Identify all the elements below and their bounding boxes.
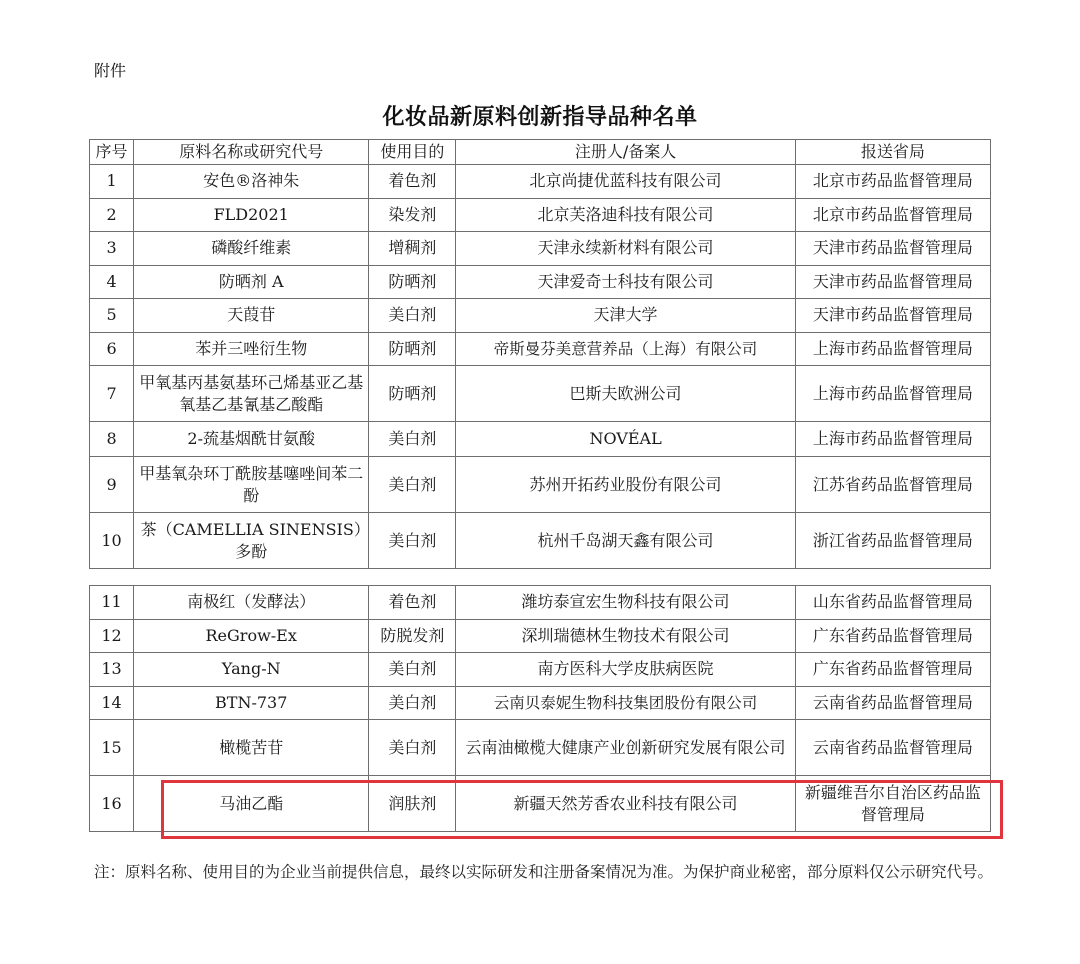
cell-province: 天津市药品监督管理局 [795,232,990,266]
cell-no: 1 [90,165,134,199]
cell-no: 8 [90,422,134,457]
attachment-label: 附件 [94,58,126,81]
cell-no: 7 [90,366,134,422]
cell-name: BTN-737 [134,686,369,720]
header-registrant: 注册人/备案人 [456,140,795,165]
cell-registrant: 深圳瑞德林生物技术有限公司 [456,619,795,653]
cell-name: 甲氧基丙基氨基环己烯基亚乙基氧基乙基氰基乙酸酯 [134,366,369,422]
table-row-highlighted: 16 马油乙酯 润肤剂 新疆天然芳香农业科技有限公司 新疆维吾尔自治区药品监督管… [90,776,991,832]
header-province: 报送省局 [795,140,990,165]
cell-no: 9 [90,457,134,513]
cell-province: 广东省药品监督管理局 [795,653,990,687]
cell-purpose: 美白剂 [369,513,456,569]
cell-purpose: 美白剂 [369,686,456,720]
cell-purpose: 防晒剂 [369,366,456,422]
cell-no: 16 [90,776,134,832]
cell-province: 上海市药品监督管理局 [795,422,990,457]
cell-purpose: 美白剂 [369,653,456,687]
cell-registrant: 南方医科大学皮肤病医院 [456,653,795,687]
cell-no: 13 [90,653,134,687]
cell-name: 安色®洛神朱 [134,165,369,199]
table-row: 7 甲氧基丙基氨基环己烯基亚乙基氧基乙基氰基乙酸酯 防晒剂 巴斯夫欧洲公司 上海… [90,366,991,422]
cell-no: 6 [90,332,134,366]
cell-no: 3 [90,232,134,266]
cell-purpose: 染发剂 [369,198,456,232]
cell-registrant: 巴斯夫欧洲公司 [456,366,795,422]
cell-registrant: 帝斯曼芬美意营养品（上海）有限公司 [456,332,795,366]
table-row: 15 橄榄苦苷 美白剂 云南油橄榄大健康产业创新研究发展有限公司 云南省药品监督… [90,720,991,776]
cell-registrant: 潍坊泰宣宏生物科技有限公司 [456,586,795,620]
table-row: 10 茶（CAMELLIA SINENSIS）多酚 美白剂 杭州千岛湖天鑫有限公… [90,513,991,569]
cell-name: 苯并三唑衍生物 [134,332,369,366]
cell-province: 新疆维吾尔自治区药品监督管理局 [795,776,990,832]
header-no: 序号 [90,140,134,165]
header-purpose: 使用目的 [369,140,456,165]
cell-no: 14 [90,686,134,720]
cell-purpose: 增稠剂 [369,232,456,266]
cell-province: 广东省药品监督管理局 [795,619,990,653]
ingredient-table-part-2: 11 南极红（发酵法） 着色剂 潍坊泰宣宏生物科技有限公司 山东省药品监督管理局… [89,585,991,832]
cell-purpose: 美白剂 [369,720,456,776]
cell-registrant: 天津爱奇士科技有限公司 [456,265,795,299]
ingredient-table-part-1: 序号 原料名称或研究代号 使用目的 注册人/备案人 报送省局 1 安色®洛神朱 … [89,139,991,569]
cell-no: 11 [90,586,134,620]
table-row: 4 防晒剂 A 防晒剂 天津爱奇士科技有限公司 天津市药品监督管理局 [90,265,991,299]
table-row: 11 南极红（发酵法） 着色剂 潍坊泰宣宏生物科技有限公司 山东省药品监督管理局 [90,586,991,620]
cell-province: 浙江省药品监督管理局 [795,513,990,569]
cell-registrant: 北京尚捷优蓝科技有限公司 [456,165,795,199]
cell-name: 天葭苷 [134,299,369,333]
cell-purpose: 着色剂 [369,165,456,199]
cell-no: 4 [90,265,134,299]
header-name: 原料名称或研究代号 [134,140,369,165]
cell-name: 磷酸纤维素 [134,232,369,266]
cell-name: 防晒剂 A [134,265,369,299]
table-row: 1 安色®洛神朱 着色剂 北京尚捷优蓝科技有限公司 北京市药品监督管理局 [90,165,991,199]
document-title: 化妆品新原料创新指导品种名单 [0,100,1080,131]
cell-registrant: 苏州开拓药业股份有限公司 [456,457,795,513]
table-row: 6 苯并三唑衍生物 防晒剂 帝斯曼芬美意营养品（上海）有限公司 上海市药品监督管… [90,332,991,366]
cell-name: 茶（CAMELLIA SINENSIS）多酚 [134,513,369,569]
cell-registrant: 云南油橄榄大健康产业创新研究发展有限公司 [456,720,795,776]
cell-name: Yang-N [134,653,369,687]
cell-province: 云南省药品监督管理局 [795,686,990,720]
cell-name: ReGrow-Ex [134,619,369,653]
cell-registrant: 天津永续新材料有限公司 [456,232,795,266]
cell-province: 天津市药品监督管理局 [795,265,990,299]
cell-registrant: 新疆天然芳香农业科技有限公司 [456,776,795,832]
cell-no: 5 [90,299,134,333]
table-header-row: 序号 原料名称或研究代号 使用目的 注册人/备案人 报送省局 [90,140,991,165]
table-row: 3 磷酸纤维素 增稠剂 天津永续新材料有限公司 天津市药品监督管理局 [90,232,991,266]
cell-purpose: 润肤剂 [369,776,456,832]
cell-no: 10 [90,513,134,569]
cell-no: 2 [90,198,134,232]
cell-name: 2-巯基烟酰甘氨酸 [134,422,369,457]
cell-purpose: 美白剂 [369,457,456,513]
cell-registrant: 云南贝泰妮生物科技集团股份有限公司 [456,686,795,720]
cell-purpose: 防脱发剂 [369,619,456,653]
cell-registrant: NOVÉAL [456,422,795,457]
table-row: 5 天葭苷 美白剂 天津大学 天津市药品监督管理局 [90,299,991,333]
footnote: 注：原料名称、使用目的为企业当前提供信息，最终以实际研发和注册备案情况为准。为保… [94,859,994,885]
cell-province: 上海市药品监督管理局 [795,332,990,366]
cell-province: 北京市药品监督管理局 [795,198,990,232]
cell-province: 山东省药品监督管理局 [795,586,990,620]
cell-no: 12 [90,619,134,653]
cell-province: 江苏省药品监督管理局 [795,457,990,513]
cell-province: 天津市药品监督管理局 [795,299,990,333]
cell-registrant: 北京芙洛迪科技有限公司 [456,198,795,232]
cell-no: 15 [90,720,134,776]
table-row: 2 FLD2021 染发剂 北京芙洛迪科技有限公司 北京市药品监督管理局 [90,198,991,232]
cell-purpose: 防晒剂 [369,265,456,299]
cell-name: 甲基氧杂环丁酰胺基噻唑间苯二酚 [134,457,369,513]
cell-purpose: 美白剂 [369,299,456,333]
cell-province: 上海市药品监督管理局 [795,366,990,422]
table-row: 12 ReGrow-Ex 防脱发剂 深圳瑞德林生物技术有限公司 广东省药品监督管… [90,619,991,653]
cell-province: 云南省药品监督管理局 [795,720,990,776]
cell-purpose: 防晒剂 [369,332,456,366]
cell-purpose: 美白剂 [369,422,456,457]
table-row: 9 甲基氧杂环丁酰胺基噻唑间苯二酚 美白剂 苏州开拓药业股份有限公司 江苏省药品… [90,457,991,513]
table-row: 14 BTN-737 美白剂 云南贝泰妮生物科技集团股份有限公司 云南省药品监督… [90,686,991,720]
cell-name: 马油乙酯 [134,776,369,832]
table-row: 13 Yang-N 美白剂 南方医科大学皮肤病医院 广东省药品监督管理局 [90,653,991,687]
cell-name: FLD2021 [134,198,369,232]
cell-registrant: 杭州千岛湖天鑫有限公司 [456,513,795,569]
cell-name: 橄榄苦苷 [134,720,369,776]
table-row: 8 2-巯基烟酰甘氨酸 美白剂 NOVÉAL 上海市药品监督管理局 [90,422,991,457]
cell-registrant: 天津大学 [456,299,795,333]
cell-name: 南极红（发酵法） [134,586,369,620]
cell-purpose: 着色剂 [369,586,456,620]
cell-province: 北京市药品监督管理局 [795,165,990,199]
